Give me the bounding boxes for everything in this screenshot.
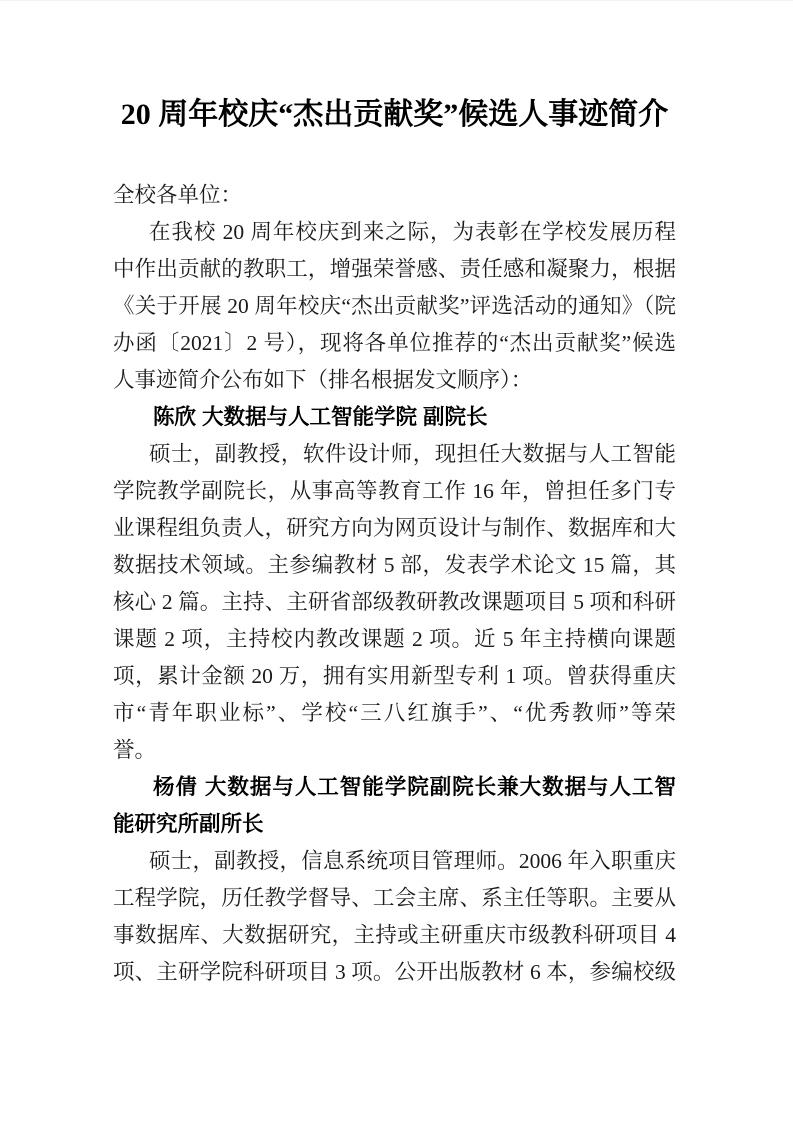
text-line: 事数据库、大数据研究，主持或主研重庆市级教科研项目 4 (113, 917, 676, 954)
paragraph-block: 在我校 20 周年校庆到来之际，为表彰在学校发展历程中作出贡献的教职工，增强荣誉… (113, 214, 676, 399)
text-line: 誉。 (113, 732, 676, 769)
text-line: 硕士，副教授，软件设计师，现担任大数据与人工智能 (113, 436, 676, 473)
text-line: 能研究所副所长 (113, 806, 676, 843)
paragraph-block: 硕士，副教授，软件设计师，现担任大数据与人工智能学院教学副院长，从事高等教育工作… (113, 436, 676, 769)
salutation-block: 全校各单位： (113, 177, 676, 214)
text-line: 硕士，副教授，信息系统项目管理师。2006 年入职重庆 (113, 843, 676, 880)
text-line: 中作出贡献的教职工，增强荣誉感、责任感和凝聚力，根据 (113, 251, 676, 288)
text-line: 学院教学副院长，从事高等教育工作 16 年，曾担任多门专 (113, 473, 676, 510)
text-line: 项、主研学院科研项目 3 项。公开出版教材 6 本，参编校级 (113, 954, 676, 991)
text-line: 项，累计金额 20 万，拥有实用新型专利 1 项。曾获得重庆 (113, 658, 676, 695)
document-content: 20 周年校庆“杰出贡献奖”候选人事迹简介 全校各单位：在我校 20 周年校庆到… (113, 89, 676, 991)
text-line: 市“青年职业标”、学校“三八红旗手”、“优秀教师”等荣 (113, 695, 676, 732)
heading-block: 杨倩 大数据与人工智能学院副院长兼大数据与人工智能研究所副所长 (113, 769, 676, 843)
text-line: 《关于开展 20 周年校庆“杰出贡献奖”评选活动的通知》（院 (113, 288, 676, 325)
paragraph-block: 硕士，副教授，信息系统项目管理师。2006 年入职重庆工程学院，历任教学督导、工… (113, 843, 676, 991)
text-line: 全校各单位： (113, 177, 676, 214)
text-line: 陈欣 大数据与人工智能学院 副院长 (113, 399, 676, 436)
text-line: 杨倩 大数据与人工智能学院副院长兼大数据与人工智 (113, 769, 676, 806)
text-line: 课题 2 项，主持校内教改课题 2 项。近 5 年主持横向课题 10 (113, 621, 676, 658)
text-line: 核心 2 篇。主持、主研省部级教研教改课题项目 5 项和科研 (113, 584, 676, 621)
text-line: 数据技术领域。主参编教材 5 部，发表学术论文 15 篇，其中 (113, 547, 676, 584)
text-line: 在我校 20 周年校庆到来之际，为表彰在学校发展历程 (113, 214, 676, 251)
document-body: 全校各单位：在我校 20 周年校庆到来之际，为表彰在学校发展历程中作出贡献的教职… (113, 177, 676, 991)
text-line: 人事迹简介公布如下（排名根据发文顺序）： (113, 362, 676, 399)
document-page: 20 周年校庆“杰出贡献奖”候选人事迹简介 全校各单位：在我校 20 周年校庆到… (0, 0, 793, 1122)
text-line: 工程学院，历任教学督导、工会主席、系主任等职。主要从 (113, 880, 676, 917)
text-line: 业课程组负责人，研究方向为网页设计与制作、数据库和大 (113, 510, 676, 547)
text-line: 办函〔2021〕2 号），现将各单位推荐的“杰出贡献奖”候选 (113, 325, 676, 362)
heading-block: 陈欣 大数据与人工智能学院 副院长 (113, 399, 676, 436)
document-title: 20 周年校庆“杰出贡献奖”候选人事迹简介 (113, 89, 676, 141)
